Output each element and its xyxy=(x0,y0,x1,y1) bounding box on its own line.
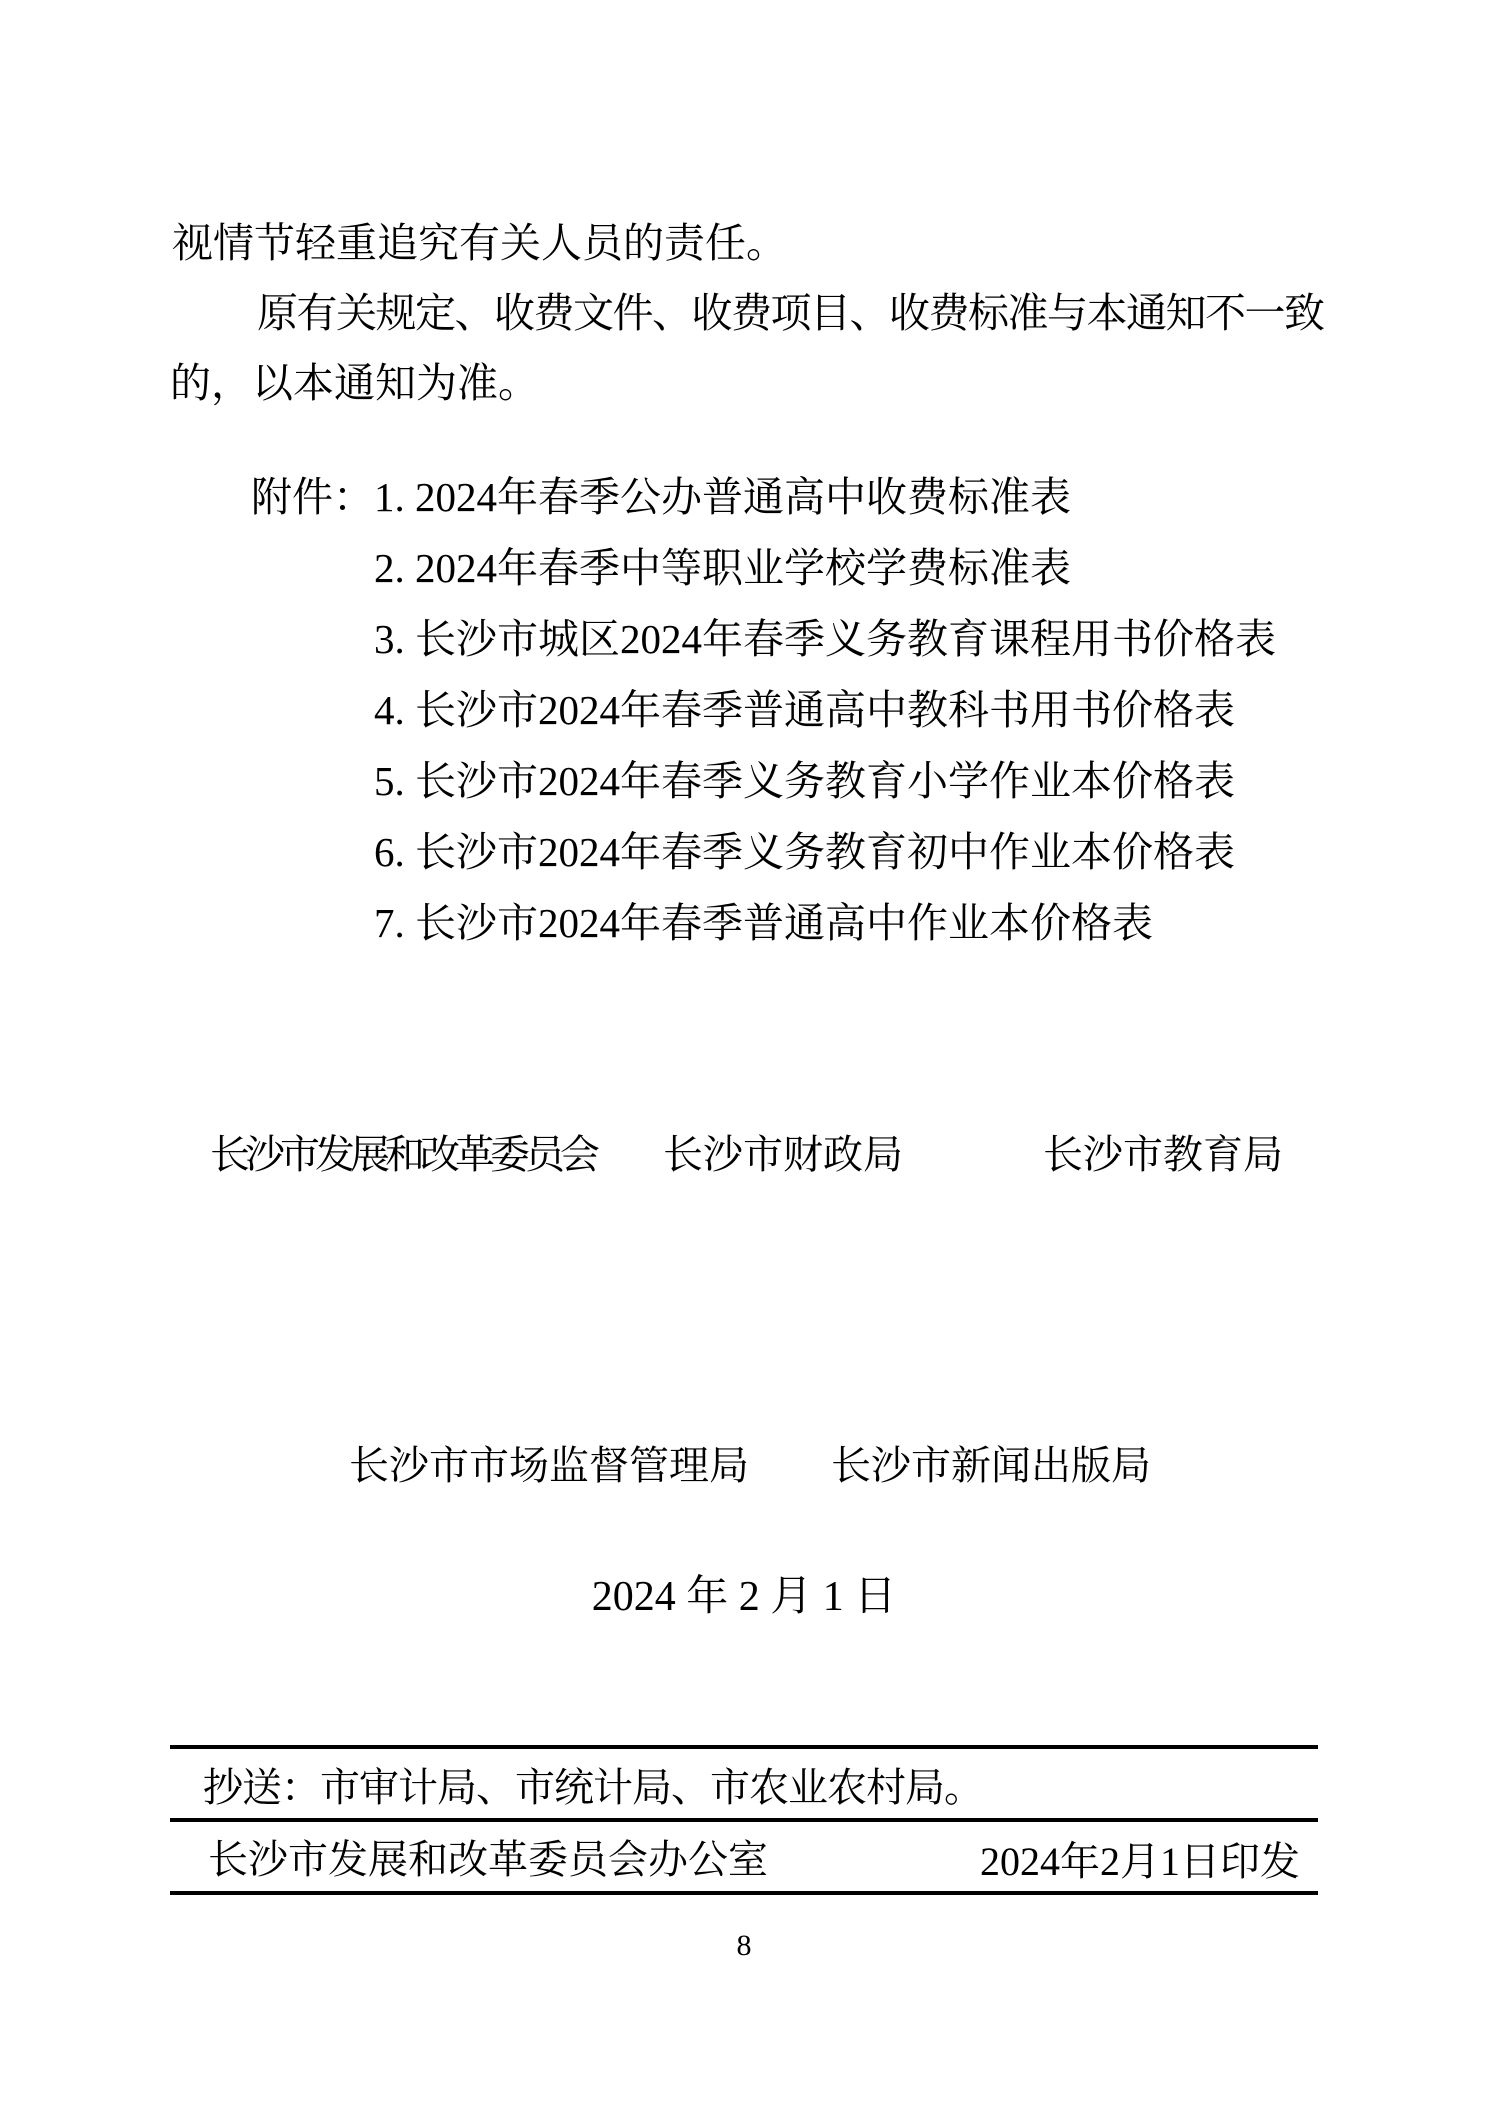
footer-cc-line: 抄送：市审计局、市统计局、市农业农村局。 xyxy=(203,1766,983,1809)
document-date: 2024 年 2 月 1 日 xyxy=(0,1575,1488,1620)
body-paragraph-line-3: 的，以本通知为准。 xyxy=(170,361,539,405)
footer-divider-bottom xyxy=(170,1891,1318,1895)
signature-dept-education-bureau: 长沙市教育局 xyxy=(1043,1133,1283,1176)
footer-divider-top xyxy=(170,1745,1318,1749)
footer-divider-middle xyxy=(170,1818,1318,1822)
signature-dept-development-reform-commission: 长沙市发展和改革委员会 xyxy=(210,1133,595,1176)
footer-print-date: 2024年2月1日印发 xyxy=(980,1840,1300,1883)
attachment-item-5: 5. 长沙市2024年春季义务教育小学作业本价格表 xyxy=(374,759,1235,803)
footer-issuing-office: 长沙市发展和改革委员会办公室 xyxy=(208,1838,768,1881)
attachment-item-7: 7. 长沙市2024年春季普通高中作业本价格表 xyxy=(374,901,1153,945)
attachment-item-3: 3. 长沙市城区2024年春季义务教育课程用书价格表 xyxy=(374,617,1276,661)
body-paragraph-line-1: 视情节轻重追究有关人员的责任。 xyxy=(172,221,787,265)
signature-dept-market-supervision-bureau: 长沙市市场监督管理局 xyxy=(349,1444,749,1487)
attachments-label: 附件： xyxy=(251,475,374,519)
page-number: 8 xyxy=(0,1930,1488,1962)
document-page: 视情节轻重追究有关人员的责任。 原有关规定、收费文件、收费项目、收费标准与本通知… xyxy=(0,0,1488,2104)
body-paragraph-line-2: 原有关规定、收费文件、收费项目、收费标准与本通知不一致 xyxy=(257,291,1324,335)
attachment-item-2: 2. 2024年春季中等职业学校学费标准表 xyxy=(374,546,1071,590)
attachment-item-4: 4. 长沙市2024年春季普通高中教科书用书价格表 xyxy=(374,688,1235,732)
signature-dept-press-publication-bureau: 长沙市新闻出版局 xyxy=(831,1444,1151,1487)
attachment-item-6: 6. 长沙市2024年春季义务教育初中作业本价格表 xyxy=(374,830,1235,874)
signature-dept-finance-bureau: 长沙市财政局 xyxy=(663,1133,903,1176)
attachment-item-1: 1. 2024年春季公办普通高中收费标准表 xyxy=(374,475,1071,519)
